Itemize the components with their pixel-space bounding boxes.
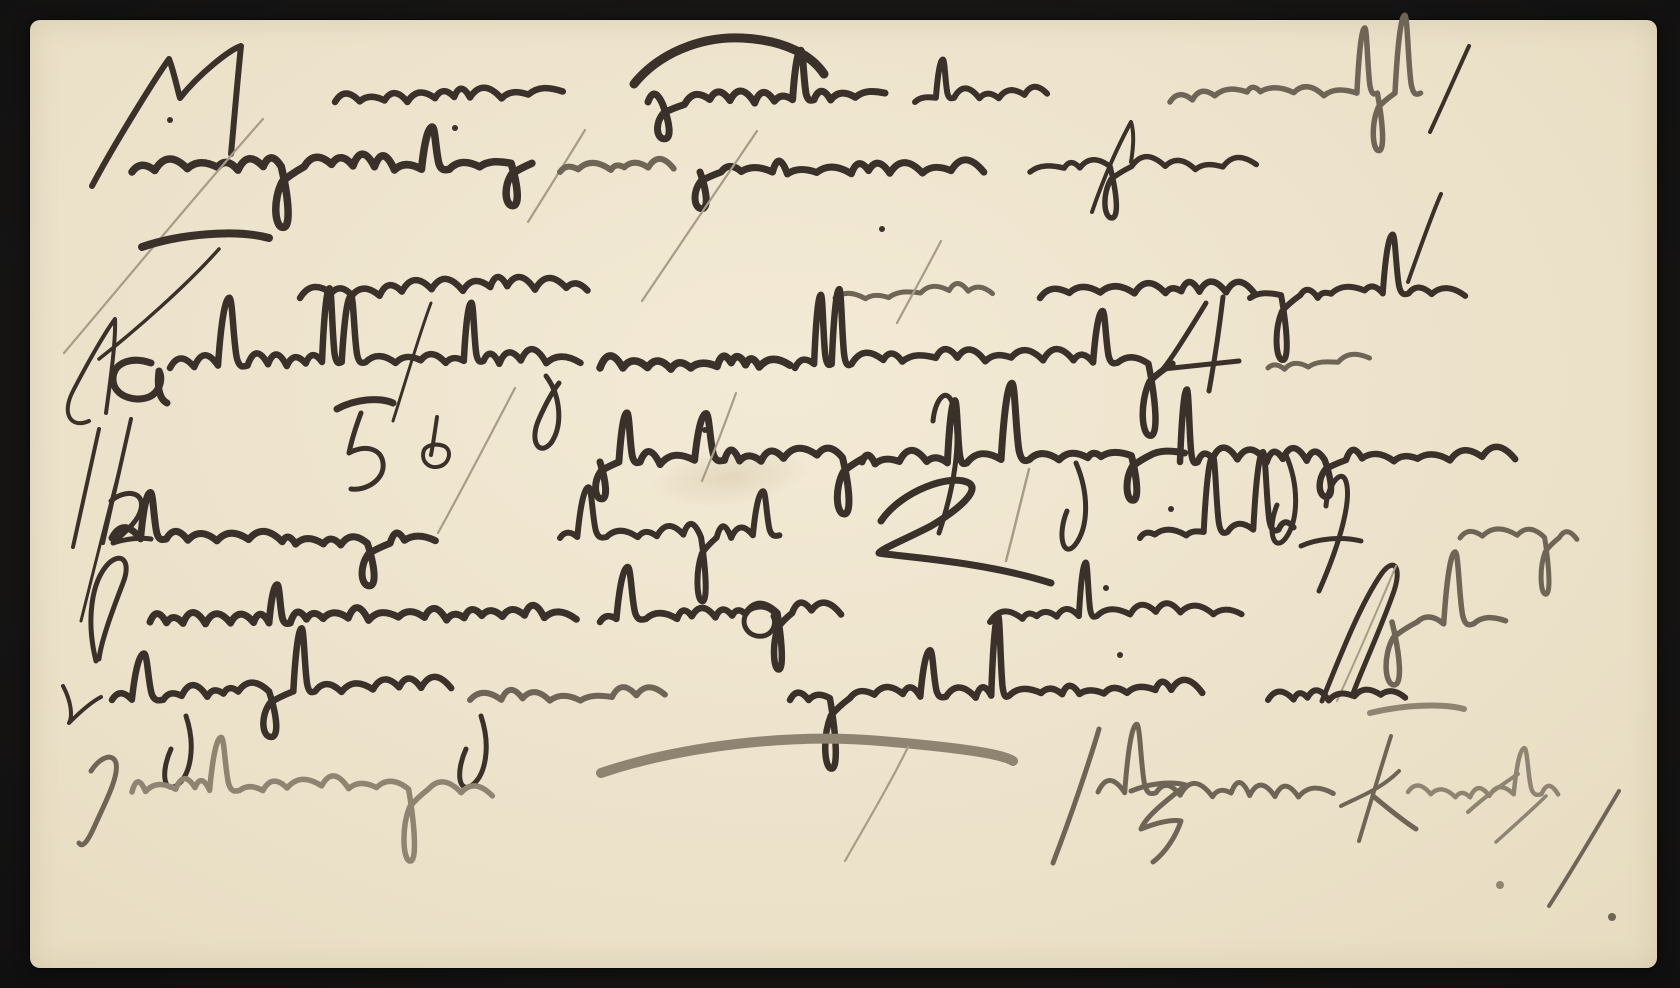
ink-flourish <box>349 413 383 489</box>
ink-flourish <box>1209 297 1223 391</box>
photo-background <box>0 0 1680 988</box>
handwriting-line-4 <box>68 288 1370 448</box>
ink-flourish <box>91 558 126 661</box>
ink-flourish <box>897 241 941 323</box>
ink-flourish <box>68 319 115 423</box>
ink-dot <box>167 117 173 123</box>
ink-stroke <box>862 383 1185 500</box>
ink-stroke <box>132 127 532 227</box>
ink-stroke <box>112 628 451 737</box>
ink-flourish <box>535 376 559 448</box>
ink-flourish <box>431 417 437 455</box>
ink-stroke <box>600 567 841 670</box>
ink-flourish <box>1370 706 1464 713</box>
handwriting-line-3 <box>99 194 1465 360</box>
ink-stroke <box>335 88 563 102</box>
ink-dot <box>702 427 708 433</box>
ink-stroke <box>560 159 674 172</box>
ink-dot <box>1117 652 1123 658</box>
ink-flourish <box>1496 796 1546 842</box>
ink-flourish <box>879 480 1051 583</box>
ink-flourish <box>79 757 116 845</box>
handwriting-line-1 <box>92 15 1469 222</box>
ink-dot <box>1496 881 1504 889</box>
ink-stroke <box>132 737 492 861</box>
ink-stroke <box>1250 234 1465 360</box>
ink-flourish <box>113 360 167 403</box>
ink-flourish <box>1408 194 1441 282</box>
ink-stroke <box>1098 724 1333 797</box>
ink-flourish <box>1163 303 1239 369</box>
handwriting-line-9 <box>79 724 1619 921</box>
ink-flourish <box>1373 796 1416 829</box>
ink-stroke <box>1140 452 1294 538</box>
ink-stroke <box>112 493 435 586</box>
ink-flourish <box>423 445 449 467</box>
ink-flourish <box>73 429 99 547</box>
ink-flourish <box>63 686 101 723</box>
ink-stroke <box>648 50 885 139</box>
ink-stroke <box>300 277 588 298</box>
ink-flourish <box>460 716 487 787</box>
ink-flourish <box>528 130 585 222</box>
ink-flourish <box>601 739 1013 773</box>
ink-stroke <box>695 160 984 209</box>
ink-stroke <box>596 413 865 514</box>
ink-stroke <box>915 60 1047 102</box>
ink-flourish <box>1006 469 1029 561</box>
ink-stroke <box>170 288 581 368</box>
ink-flourish <box>1430 46 1469 132</box>
ink-stroke <box>795 289 1172 436</box>
ink-flourish <box>337 400 393 409</box>
ink-dot <box>879 226 885 232</box>
ink-stroke <box>600 356 790 369</box>
handwriting-strokes <box>63 15 1619 921</box>
ink-dot <box>1009 87 1015 93</box>
handwriting-line-5 <box>73 383 1515 549</box>
ink-stroke <box>150 585 576 624</box>
ink-dot <box>1168 506 1174 512</box>
handwriting-line-8 <box>63 616 1405 788</box>
ink-stroke <box>1386 552 1506 685</box>
ink-flourish <box>1062 463 1086 549</box>
ink-stroke <box>990 563 1242 622</box>
ink-stroke <box>1170 15 1421 150</box>
ink-dot <box>1608 913 1616 921</box>
ink-stroke <box>1460 529 1577 594</box>
ink-dot <box>1103 585 1109 591</box>
ink-flourish <box>845 747 908 861</box>
ink-stroke <box>470 687 665 701</box>
handwriting-line-6 <box>81 388 1577 621</box>
ink-flourish <box>142 233 269 247</box>
ink-flourish <box>1549 791 1619 906</box>
ink-dot <box>452 125 458 131</box>
ink-stroke <box>560 487 779 601</box>
handwriting-ink-layer <box>0 0 1680 988</box>
ink-stroke <box>1030 157 1256 218</box>
ink-flourish <box>1301 539 1361 546</box>
ink-stroke <box>1268 690 1405 701</box>
ink-flourish <box>1053 729 1099 863</box>
ink-flourish <box>744 607 774 636</box>
ink-flourish <box>99 249 219 359</box>
ink-stroke <box>1408 748 1558 797</box>
